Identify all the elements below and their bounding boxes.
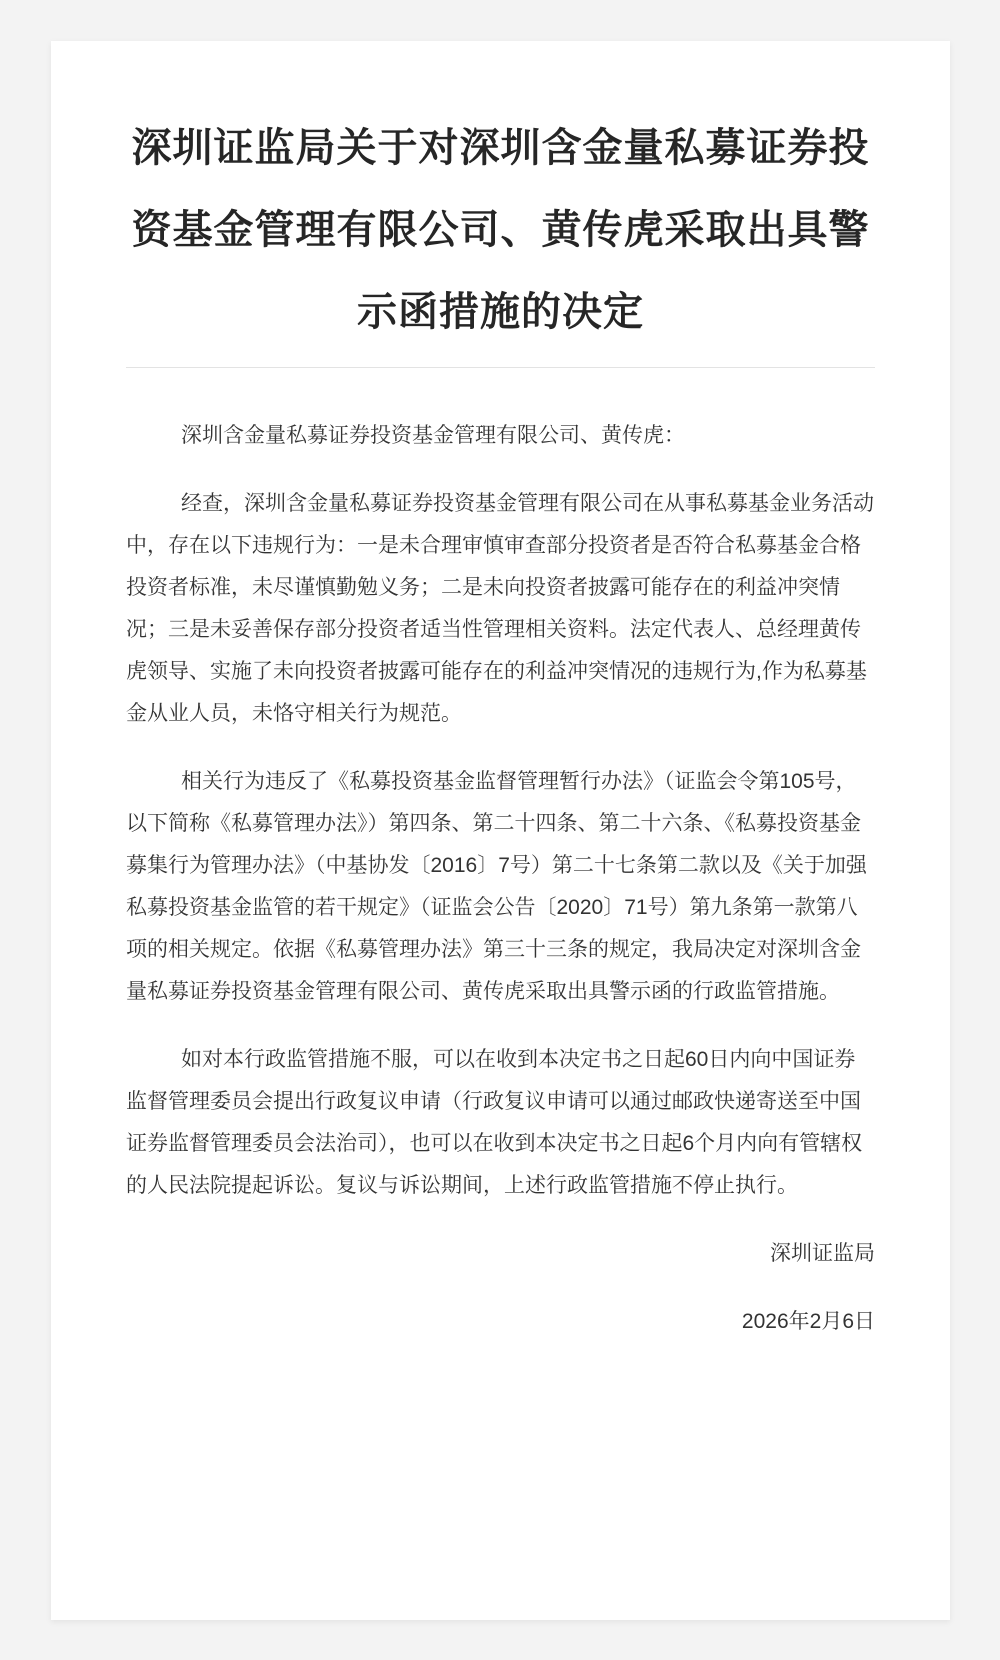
- body-paragraph-appeal-rights: 如对本行政监管措施不服，可以在收到本决定书之日起60日内向中国证券监督管理委员会…: [126, 1039, 875, 1207]
- body-paragraph-findings: 经查，深圳含金量私募证券投资基金管理有限公司在从事私募基金业务活动中，存在以下违…: [126, 483, 875, 735]
- page: { "document": { "title": "深圳证监局关于对深圳含金量私…: [0, 0, 1000, 1660]
- signature-line: 深圳证监局: [126, 1233, 875, 1275]
- salutation-paragraph: 深圳含金量私募证券投资基金管理有限公司、黄传虎：: [126, 415, 875, 457]
- signature-block: 深圳证监局 2026年2月6日: [126, 1233, 875, 1343]
- document-body: 深圳含金量私募证券投资基金管理有限公司、黄传虎： 经查，深圳含金量私募证券投资基…: [126, 415, 875, 1207]
- body-paragraph-legal-basis: 相关行为违反了《私募投资基金监督管理暂行办法》（证监会令第105号，以下简称《私…: [126, 761, 875, 1013]
- document-title: 深圳证监局关于对深圳含金量私募证券投资基金管理有限公司、黄传虎采取出具警示函措施…: [126, 107, 875, 353]
- document-card: 深圳证监局关于对深圳含金量私募证券投资基金管理有限公司、黄传虎采取出具警示函措施…: [51, 41, 950, 1620]
- date-line: 2026年2月6日: [126, 1301, 875, 1343]
- title-divider: [126, 367, 875, 368]
